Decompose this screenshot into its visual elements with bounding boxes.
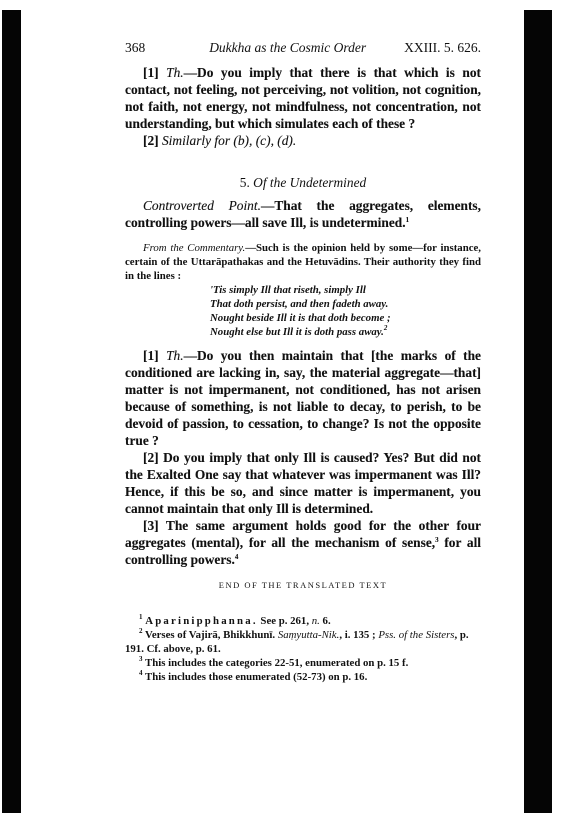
verse-block: 'Tis simply Ill that riseth, simply Ill … xyxy=(210,283,481,339)
section-heading: 5. Of the Undetermined xyxy=(125,175,481,191)
footnote-1: 1 Aparinipphanna. See p. 261, n. 6. xyxy=(125,614,481,628)
footnote-ref-2: 2 xyxy=(384,324,388,332)
paragraph-2: [2] Do you imply that only Ill is caused… xyxy=(125,449,481,517)
scan-border-left xyxy=(2,10,21,813)
verse-line: That doth persist, and then fadeth away. xyxy=(210,297,481,311)
footnote-3: 3 This includes the categories 22-51, en… xyxy=(125,656,481,670)
paragraph-prev-1: [1] Th.—Do you imply that there is that … xyxy=(125,64,481,132)
end-marker: END OF THE TRANSLATED TEXT xyxy=(125,580,481,590)
paragraph-1: [1] Th.—Do you then maintain that [the m… xyxy=(125,347,481,449)
section-ref: XXIII. 5. 626. xyxy=(404,40,481,56)
running-header: 368 Dukkha as the Cosmic Order XXIII. 5.… xyxy=(125,40,481,58)
verse-line: 'Tis simply Ill that riseth, simply Ill xyxy=(210,283,481,297)
scan-border-right xyxy=(524,10,552,813)
commentary: From the Commentary.—Such is the opinion… xyxy=(125,241,481,283)
footnote-2: 2 Verses of Vajirā, Bhikkhunī. Saṃyutta-… xyxy=(125,628,481,656)
controverted-point: Controverted Point.—That the aggregates,… xyxy=(125,197,481,231)
running-title: Dukkha as the Cosmic Order xyxy=(209,40,366,56)
verse-line: Nought beside Ill it is that doth become… xyxy=(210,311,481,325)
verse-line: Nought else but Ill it is doth pass away… xyxy=(210,325,481,339)
book-page: 368 Dukkha as the Cosmic Order XXIII. 5.… xyxy=(125,40,481,684)
speaker-label: Th. xyxy=(166,65,184,80)
paragraph-3: [3] The same argument holds good for the… xyxy=(125,517,481,568)
footnote-4: 4 This includes those enumerated (52-73)… xyxy=(125,670,481,684)
footnote-ref-1: 1 xyxy=(406,216,410,224)
page-number: 368 xyxy=(125,40,145,56)
paragraph-prev-2: [2] Similarly for (b), (c), (d). xyxy=(125,132,481,149)
footnote-ref-4: 4 xyxy=(235,553,239,561)
